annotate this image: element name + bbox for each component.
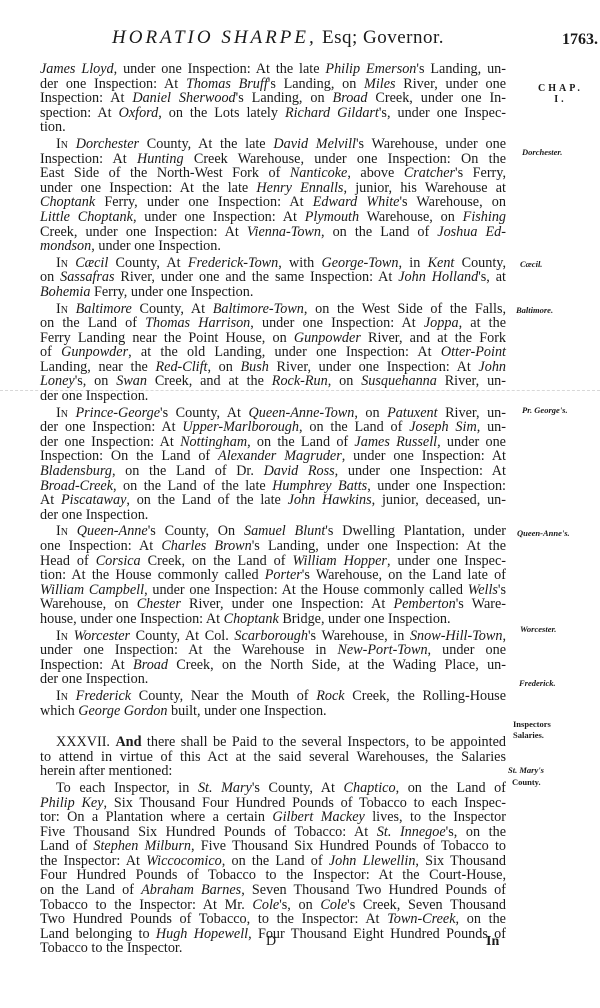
margin-note-queen-annes: Queen-Anne's. bbox=[517, 528, 570, 538]
text-line: Bladensburg, on the Land of Dr. David Ro… bbox=[40, 464, 506, 479]
text-line: Little Choptank, under one Inspection: A… bbox=[40, 210, 506, 225]
text-line: Inspection: At Broad Creek, on the North… bbox=[40, 658, 506, 673]
text-line: Tobacco to the Inspector: At Mr. Cole's,… bbox=[40, 898, 506, 913]
text-line: der one Inspection: At Nottingham, on th… bbox=[40, 435, 506, 450]
text-line: of Gunpowder, at the old Landing, under … bbox=[40, 345, 506, 360]
text-line: under one Inspection: At the late Henry … bbox=[40, 181, 506, 196]
text-line: Head of Corsica Creek, on the Land of Wi… bbox=[40, 554, 506, 569]
margin-note-st-marys: St. Mary's County. bbox=[508, 764, 544, 788]
margin-note-chapter: CHAP. I. bbox=[538, 83, 583, 105]
paragraph-dorchester: In Dorchester County, At the late David … bbox=[40, 137, 506, 254]
text-line: tion: At the House commonly called Porte… bbox=[40, 568, 506, 583]
paragraph-queen-annes: In Queen-Anne's County, On Samuel Blunt'… bbox=[40, 524, 506, 626]
page-year: 1763. bbox=[562, 31, 598, 49]
text-line: under one Inspection: At the Warehouse i… bbox=[40, 643, 506, 658]
margin-note-cecil: Cæcil. bbox=[520, 259, 542, 269]
body-text: James Lloyd, under one Inspection: At th… bbox=[40, 62, 506, 956]
text-line: Four Hundred Pounds of Tobacco to the In… bbox=[40, 868, 506, 883]
text-line: In Worcester County, At Col. Scarborough… bbox=[40, 629, 506, 644]
text-line: Inspection: At Hunting Creek Warehouse, … bbox=[40, 152, 506, 167]
text-line: der one Inspection. bbox=[40, 672, 506, 687]
text-line: one Inspection: At Charles Brown's Landi… bbox=[40, 539, 506, 554]
text-line: In Baltimore County, At Baltimore-Town, … bbox=[40, 302, 506, 317]
margin-note-dorchester: Dorchester. bbox=[522, 147, 562, 157]
paragraph-frederick: In Frederick County, Near the Mouth of R… bbox=[40, 689, 506, 718]
margin-note-baltimore: Baltimore. bbox=[516, 305, 553, 315]
text-line: der one Inspection: At Upper-Marlborough… bbox=[40, 420, 506, 435]
text-line: herein after mentioned: bbox=[40, 764, 506, 779]
text-line: mondson, under one Inspection. bbox=[40, 239, 506, 254]
text-line: spection: At Oxford, on the Lots lately … bbox=[40, 106, 506, 121]
text-line: the Inspector: At Wiccocomico, on the La… bbox=[40, 854, 506, 869]
text-line: At Piscataway, on the Land of the late J… bbox=[40, 493, 506, 508]
text-line: Inspection: At Daniel Sherwood's Landing… bbox=[40, 91, 506, 106]
text-line: der one Inspection: At Thomas Bruff's La… bbox=[40, 77, 506, 92]
paragraph-baltimore: In Baltimore County, At Baltimore-Town, … bbox=[40, 302, 506, 404]
text-line: which George Gordon built, under one Ins… bbox=[40, 704, 506, 719]
text-line: on the Land of Abraham Barnes, Seven Tho… bbox=[40, 883, 506, 898]
catchword: In bbox=[486, 934, 499, 950]
text-line: Two Hundred Pounds of Tobacco, to the In… bbox=[40, 912, 506, 927]
text-line: William Campbell, under one Inspection: … bbox=[40, 583, 506, 598]
text-line: To each Inspector, in St. Mary's County,… bbox=[40, 781, 506, 796]
text-line: Philip Key, Six Thousand Four Hundred Po… bbox=[40, 796, 506, 811]
text-line: In Queen-Anne's County, On Samuel Blunt'… bbox=[40, 524, 506, 539]
paragraph-worcester: In Worcester County, At Col. Scarborough… bbox=[40, 629, 506, 687]
margin-note-inspectors-salaries: Inspectors Salaries. bbox=[513, 719, 551, 741]
text-line: house, under one Inspection: At Choptank… bbox=[40, 612, 506, 627]
paragraph-section-xxxvii: XXXVII. And there shall be Paid to the s… bbox=[40, 735, 506, 779]
text-line: der one Inspection. bbox=[40, 508, 506, 523]
text-line: Creek, under one Inspection: At Vienna-T… bbox=[40, 225, 506, 240]
text-line: Five Thousand Six Hundred Pounds of Toba… bbox=[40, 825, 506, 840]
text-line: Inspection: On the Land of Alexander Mag… bbox=[40, 449, 506, 464]
text-line: James Lloyd, under one Inspection: At th… bbox=[40, 62, 506, 77]
margin-note-frederick: Frederick. bbox=[519, 678, 556, 688]
text-line: Warehouse, on Chester River, under one I… bbox=[40, 597, 506, 612]
text-line: In Frederick County, Near the Mouth of R… bbox=[40, 689, 506, 704]
text-line: Ferry Landing near the Point House, on G… bbox=[40, 331, 506, 346]
text-line: Loney's, on Swan Creek, and at the Rock-… bbox=[40, 374, 506, 389]
text-line: to attend in virtue of this Act at the s… bbox=[40, 750, 506, 765]
text-line: Broad-Creek, on the Land of the late Hum… bbox=[40, 479, 506, 494]
margin-note-worcester: Worcester. bbox=[520, 624, 556, 634]
text-line: In Dorchester County, At the late David … bbox=[40, 137, 506, 152]
text-line: Choptank Ferry, under one Inspection: At… bbox=[40, 195, 506, 210]
text-line: In Prince-George's County, At Queen-Anne… bbox=[40, 406, 506, 421]
signature-mark: D bbox=[266, 934, 276, 950]
text-line: XXXVII. And there shall be Paid to the s… bbox=[40, 735, 506, 750]
margin-note-pr-georges: Pr. George's. bbox=[522, 405, 568, 415]
text-line: tor: On a Plantation where a certain Gil… bbox=[40, 810, 506, 825]
paragraph-st-marys: To each Inspector, in St. Mary's County,… bbox=[40, 781, 506, 956]
text-line: Bohemia Ferry, under one Inspection. bbox=[40, 285, 506, 300]
text-line: der one Inspection. bbox=[40, 389, 506, 404]
paragraph-prince-georges: In Prince-George's County, At Queen-Anne… bbox=[40, 406, 506, 523]
text-line: on the Land of Thomas Harrison, under on… bbox=[40, 316, 506, 331]
text-line: tion. bbox=[40, 120, 506, 135]
page-title: HORATIO SHARPE, Esq; Governor. bbox=[112, 27, 444, 49]
running-header: HORATIO SHARPE, Esq; Governor. 1763. bbox=[0, 25, 600, 55]
text-line: Landing, near the Red-Clift, on Bush Riv… bbox=[40, 360, 506, 375]
text-line: Land of Stephen Milburn, Five Thousand S… bbox=[40, 839, 506, 854]
paragraph-continuation: James Lloyd, under one Inspection: At th… bbox=[40, 62, 506, 135]
text-line: on Sassafras River, under one and the sa… bbox=[40, 270, 506, 285]
paragraph-cecil: In Cæcil County, At Frederick-Town, with… bbox=[40, 256, 506, 300]
text-line: East Side of the North-West Fork of Nant… bbox=[40, 166, 506, 181]
text-line: In Cæcil County, At Frederick-Town, with… bbox=[40, 256, 506, 271]
